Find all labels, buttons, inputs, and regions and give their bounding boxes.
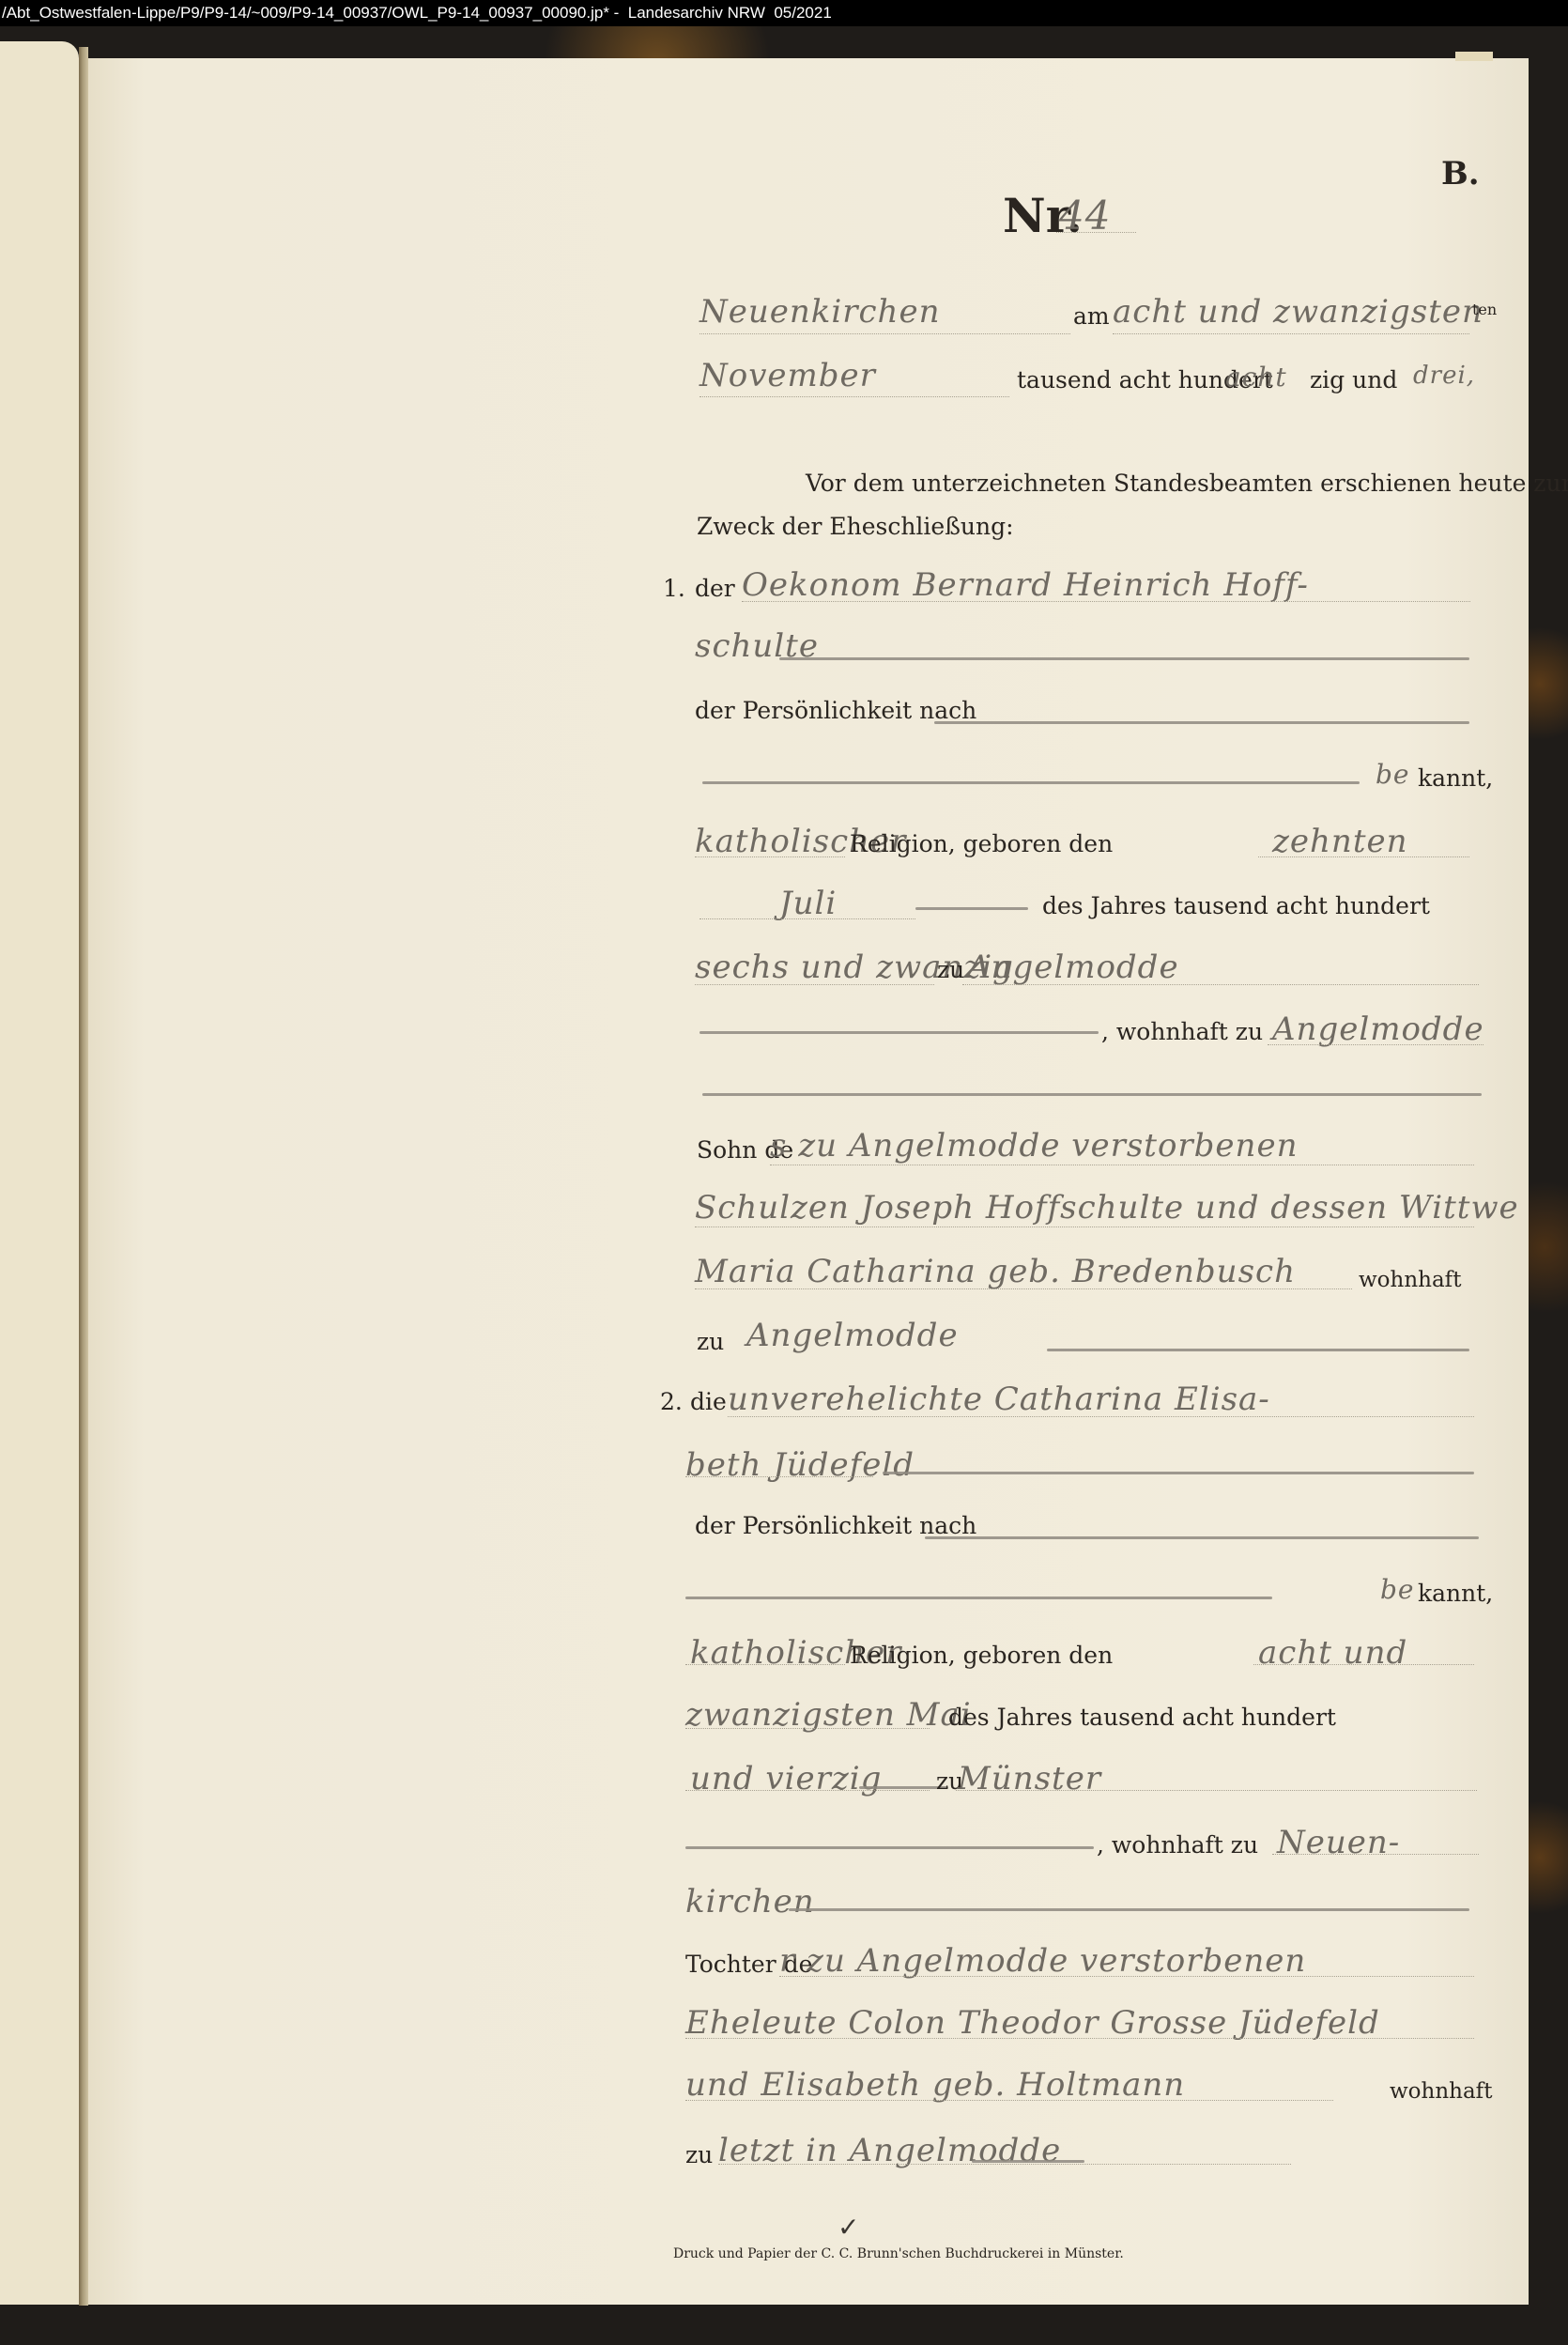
bride-name-line xyxy=(728,1416,1474,1417)
left-page xyxy=(0,41,79,2305)
groom-known-label: kannt, xyxy=(1418,764,1493,792)
groom-religion-label: Religion, geboren den xyxy=(850,830,1113,857)
bride-residence-label: , wohnhaft zu xyxy=(1097,1831,1258,1859)
groom-birthplace-label: zu xyxy=(937,956,964,983)
day-handwritten: acht und zwanzigsten xyxy=(1113,293,1483,331)
groom-name-fill xyxy=(779,657,1469,660)
groom-parents-line-2: Schulzen Joseph Hoffschulte und dessen W… xyxy=(695,1189,1519,1226)
bride-residence: Neuen- xyxy=(1277,1824,1400,1861)
groom-parents-residence: Angelmodde xyxy=(746,1317,959,1354)
groom-birthplace-line xyxy=(962,984,1479,985)
bride-religion-label: Religion, geboren den xyxy=(850,1642,1113,1669)
zig-und-label: zig und xyxy=(1310,366,1397,393)
bride-identity-label: der Persönlichkeit nach xyxy=(695,1512,976,1539)
bride-name-fill xyxy=(883,1472,1474,1474)
bride-year-label: des Jahres tausend acht hundert xyxy=(948,1704,1336,1731)
groom-parents-residence-prefix: zu xyxy=(697,1328,724,1355)
groom-parents-residence-fill xyxy=(1047,1349,1469,1351)
month-line xyxy=(699,396,1009,397)
unit-handwritten: drei, xyxy=(1413,362,1475,390)
bride-parents-residence-prefix: zu xyxy=(685,2141,713,2168)
decade-handwritten: acht xyxy=(1225,362,1287,393)
bride-birthplace-line xyxy=(956,1790,1477,1791)
bride-birthplace: Münster xyxy=(958,1760,1101,1797)
bride-name-line-1: unverehelichte Catharina Elisa- xyxy=(728,1381,1270,1418)
groom-name-line-1: Oekonom Bernard Heinrich Hoff- xyxy=(742,566,1309,604)
bride-residence-line-2: kirchen xyxy=(685,1883,815,1921)
groom-birth-year-line xyxy=(695,984,934,985)
bride-birth-day-line xyxy=(1253,1664,1474,1665)
groom-birth-month: Juli xyxy=(779,885,837,922)
bride-known-prefix: be xyxy=(1380,1574,1415,1605)
groom-parents-line-3-rule xyxy=(695,1288,1352,1289)
printer-imprint: Druck und Papier der C. C. Brunn'schen B… xyxy=(673,2246,1124,2261)
window-title-bar: /Abt_Ostwestfalen-Lippe/P9/P9-14/~009/P9… xyxy=(0,0,1568,26)
groom-residence-line xyxy=(1268,1044,1483,1045)
form-letter: B. xyxy=(1441,155,1480,193)
groom-parents-line-2-rule xyxy=(695,1226,1474,1227)
bride-religion-line xyxy=(685,1664,845,1665)
groom-birth-month-fill xyxy=(915,907,1028,910)
place-handwritten: Neuenkirchen xyxy=(699,293,940,331)
groom-residence-label: , wohnhaft zu xyxy=(1101,1018,1263,1045)
groom-year-label: des Jahres tausend acht hundert xyxy=(1042,892,1430,919)
groom-parents-residence-label: wohnhaft xyxy=(1359,1268,1461,1292)
bride-parents-residence-line xyxy=(718,2164,1291,2165)
day-line xyxy=(1113,333,1469,334)
am-label: am xyxy=(1073,302,1110,330)
bride-birth-year-fill xyxy=(859,1786,948,1789)
groom-residence: Angelmodde xyxy=(1272,1011,1484,1048)
groom-number: 1. xyxy=(663,575,685,602)
bride-birth-day: acht und xyxy=(1258,1634,1407,1672)
bride-birth-month-line xyxy=(685,1728,930,1729)
bride-parents-residence-label: wohnhaft xyxy=(1390,2079,1492,2104)
groom-birth-month-line xyxy=(699,918,915,919)
groom-religion-line xyxy=(695,856,845,857)
intro-line-1: Vor dem unterzeichneten Standesbeamten e… xyxy=(806,470,1568,497)
place-line xyxy=(699,333,1070,334)
bride-birth-year-line xyxy=(685,1790,930,1791)
bride-parents-line-1-rule xyxy=(779,1976,1474,1977)
bride-parents-residence-fill xyxy=(972,2160,1084,2163)
bride-residence-fill xyxy=(685,1846,1094,1849)
bride-identity-fill xyxy=(925,1536,1479,1539)
groom-parents-line-1: s zu Angelmodde verstorbenen xyxy=(770,1127,1298,1165)
groom-birth-day-line xyxy=(1258,856,1469,857)
bride-parents-line-3: und Elisabeth geb. Holtmann xyxy=(685,2066,1185,2104)
groom-identity-fill xyxy=(934,721,1469,724)
bride-known-label: kannt, xyxy=(1418,1580,1493,1607)
groom-name-line xyxy=(742,601,1470,602)
groom-parents-line-3: Maria Catharina geb. Bredenbusch xyxy=(695,1253,1296,1290)
intro-line-2: Zweck der Eheschließung: xyxy=(697,513,1014,540)
bride-article: die xyxy=(690,1388,727,1415)
page-edge xyxy=(1455,52,1493,61)
bride-name-line-2: beth Jüdefeld xyxy=(685,1446,915,1484)
bride-parents-line-2-rule xyxy=(685,2038,1474,2039)
book-gutter xyxy=(79,47,88,2306)
groom-birthplace: Angelmodde xyxy=(967,949,1179,986)
check-mark-icon: ✓ xyxy=(838,2212,859,2243)
groom-known-fill xyxy=(702,781,1360,784)
bride-name-line-2-rule xyxy=(685,1476,873,1477)
month-handwritten: November xyxy=(699,357,876,394)
groom-birth-year: sechs und zwanzig xyxy=(695,949,1014,986)
bride-birth-year: und vierzig xyxy=(690,1760,882,1797)
ten-suffix: ten xyxy=(1472,301,1497,318)
groom-birth-day: zehnten xyxy=(1272,823,1408,860)
bride-parents-line-2: Eheleute Colon Theodor Grosse Jüdefeld xyxy=(685,2004,1380,2042)
bride-residence-fill-2 xyxy=(789,1908,1469,1911)
number-underline xyxy=(1056,232,1136,233)
groom-known-prefix: be xyxy=(1376,759,1410,790)
groom-identity-label: der Persönlichkeit nach xyxy=(695,697,976,724)
bride-parents-line-1: r zu Angelmodde verstorbenen xyxy=(779,1942,1306,1980)
bride-number: 2. xyxy=(660,1388,683,1415)
bride-residence-line xyxy=(1272,1854,1479,1855)
groom-parents-line-1-rule xyxy=(770,1165,1474,1165)
bride-known-fill xyxy=(685,1597,1272,1599)
groom-article: der xyxy=(695,575,735,602)
groom-residence-fill-2 xyxy=(702,1093,1482,1096)
groom-residence-fill xyxy=(699,1031,1099,1034)
bride-parents-line-3-rule xyxy=(685,2100,1333,2101)
